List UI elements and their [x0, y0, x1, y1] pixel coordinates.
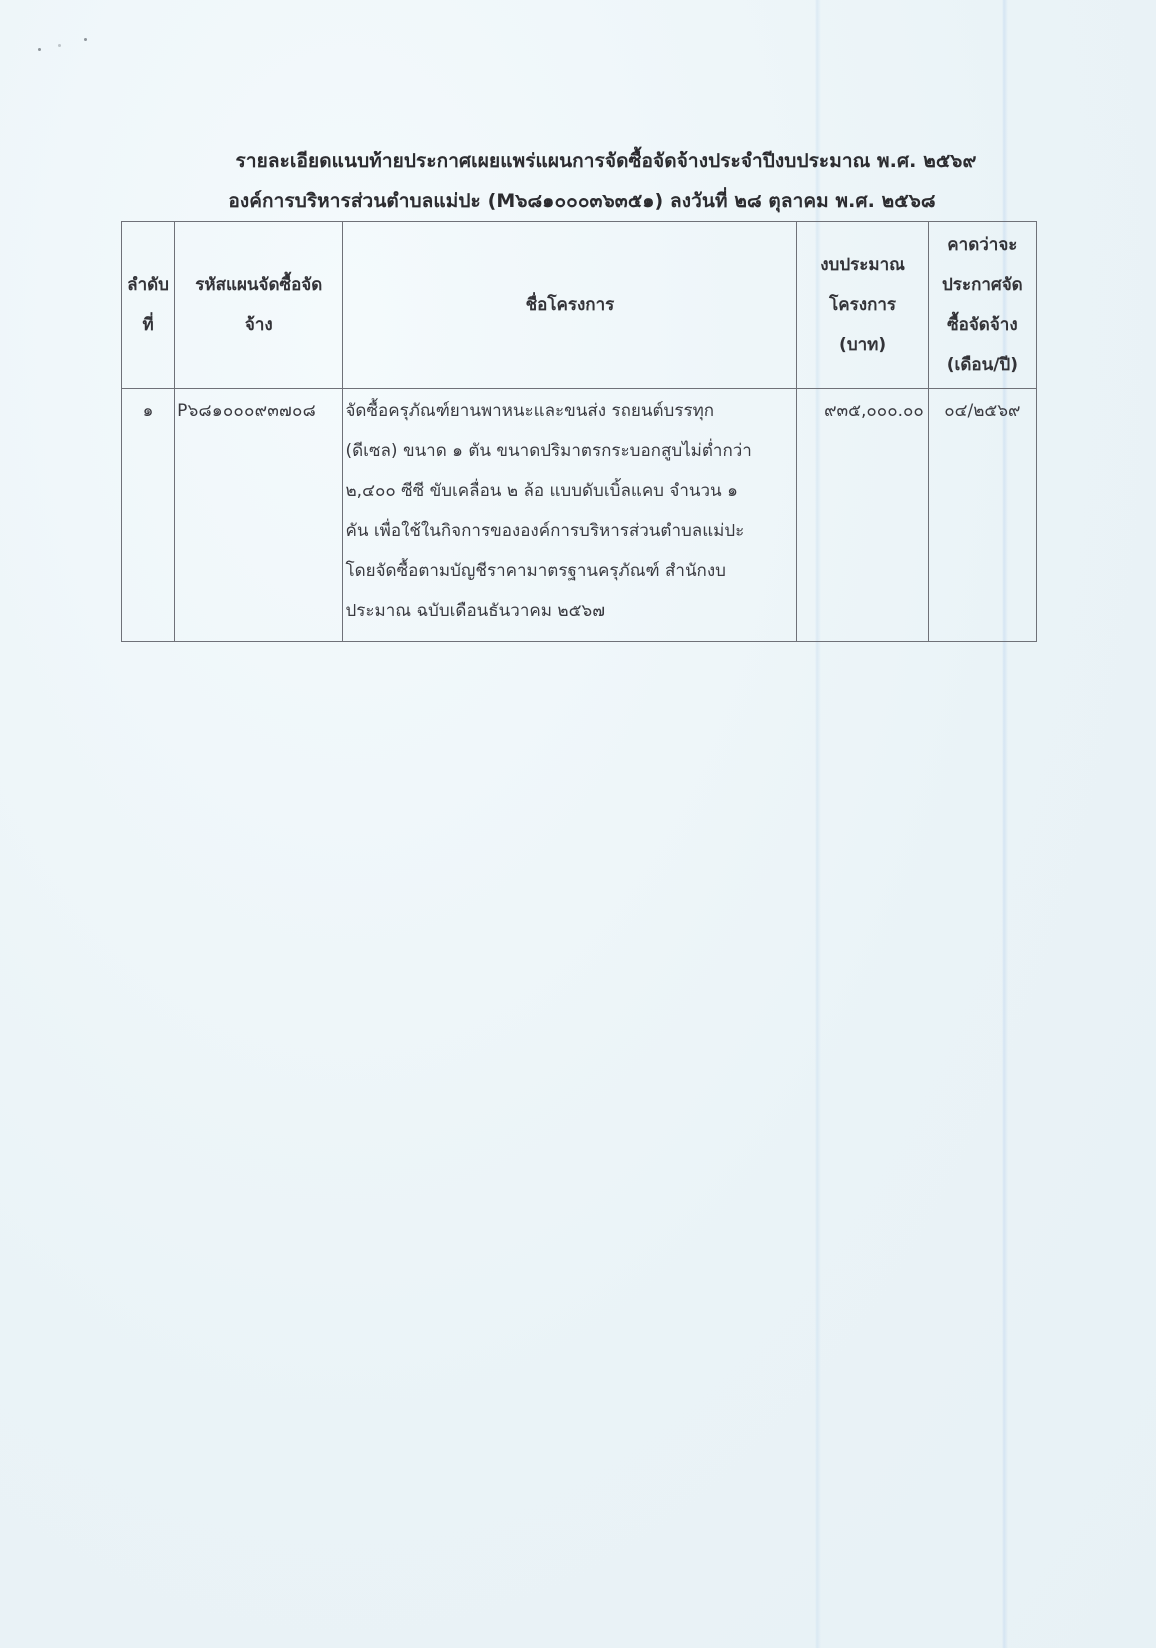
header-project-name: ชื่อโครงการ [343, 222, 797, 389]
row-plan-code: P๖๘๑๐๐๐๙๓๗๐๘ [175, 389, 343, 642]
row-no: ๑ [122, 389, 175, 642]
header-no: ลำดับ ที่ [122, 222, 175, 389]
table-header-row: ลำดับ ที่ รหัสแผนจัดซื้อจัด จ้าง ชื่อโคร… [122, 222, 1037, 389]
procurement-plan-table: ลำดับ ที่ รหัสแผนจัดซื้อจัด จ้าง ชื่อโคร… [121, 221, 1037, 642]
scan-specks [38, 38, 98, 58]
header-budget: งบประมาณ โครงการ (บาท) [797, 222, 928, 389]
header-expected-date: คาดว่าจะ ประกาศจัด ซื้อจัดจ้าง (เดือน/ปี… [928, 222, 1036, 389]
row-budget: ๙๓๕,๐๐๐.๐๐ [797, 389, 928, 642]
row-expected-date: ๐๔/๒๕๖๙ [928, 389, 1036, 642]
document-title: รายละเอียดแนบท้ายประกาศเผยแพร่แผนการจัดซ… [28, 146, 1156, 176]
row-project-name: จัดซื้อครุภัณฑ์ยานพาหนะและขนส่ง รถยนต์บร… [343, 389, 797, 642]
document-subtitle: องค์การบริหารส่วนตำบลแม่ปะ (M๖๘๑๐๐๐๓๖๓๕๑… [4, 186, 1156, 216]
header-plan-code: รหัสแผนจัดซื้อจัด จ้าง [175, 222, 343, 389]
table-row: ๑ P๖๘๑๐๐๐๙๓๗๐๘ จัดซื้อครุภัณฑ์ยานพาหนะแล… [122, 389, 1037, 642]
